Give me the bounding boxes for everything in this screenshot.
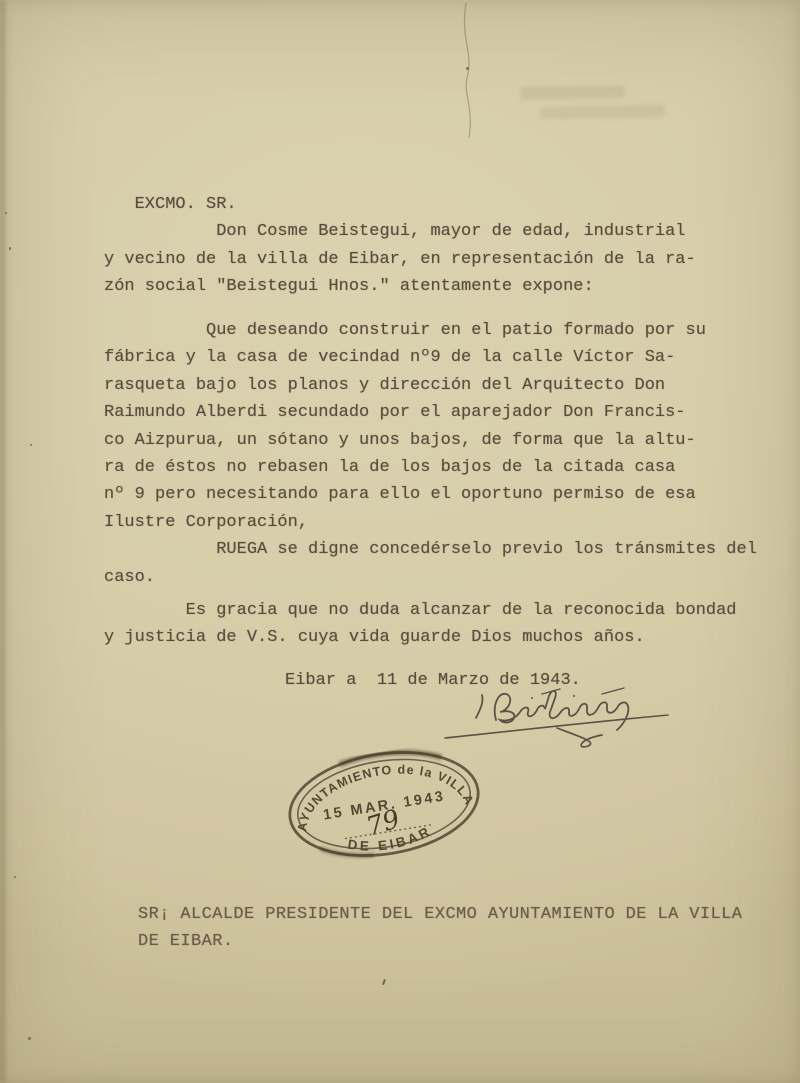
paper-speck xyxy=(30,444,32,446)
doc-line: caso. xyxy=(104,564,757,591)
scanned-letter-page: EXCMO. SR. Don Cosme Beistegui, mayor de… xyxy=(0,0,800,1083)
addressee-line: SR¡ ALCALDE PRESIDENTE DEL EXCMO AYUNTAM… xyxy=(138,901,742,928)
paper-speck xyxy=(466,67,469,70)
doc-line: co Aizpurua, un sótano y unos bajos, de … xyxy=(104,427,757,454)
doc-line: Ilustre Corporación, xyxy=(104,509,757,536)
paper-speck xyxy=(5,212,7,214)
paper-speck xyxy=(28,1037,31,1040)
salutation-line: EXCMO. SR. xyxy=(104,191,696,218)
doc-line: Es gracia que no duda alcanzar de la rec… xyxy=(104,597,737,624)
addressee-block: SR¡ ALCALDE PRESIDENTE DEL EXCMO AYUNTAM… xyxy=(138,901,742,956)
stray-ink-mark xyxy=(382,979,386,985)
doc-line: rasqueta bajo los planos y dirección del… xyxy=(104,372,757,399)
doc-line: y vecino de la villa de Eibar, en repres… xyxy=(104,246,696,273)
paper-crease-line xyxy=(440,0,500,145)
doc-line: ra de éstos no rebasen la de los bajos d… xyxy=(104,454,757,481)
addressee-line: DE EIBAR. xyxy=(138,928,742,955)
doc-line: Don Cosme Beistegui, mayor de edad, indu… xyxy=(104,218,696,245)
body-paragraph: Que deseando construir en el patio forma… xyxy=(104,317,757,591)
paper-speck xyxy=(9,247,11,250)
petition-line: RUEGA se digne concedérselo previo los t… xyxy=(104,536,757,563)
municipal-stamp: AYUNTAMIENTO de la VILLA 15 MAR. 1943 79… xyxy=(279,737,489,870)
paper-speck xyxy=(14,876,16,878)
ink-bleedthrough xyxy=(540,105,665,119)
ink-bleedthrough xyxy=(520,85,625,100)
scan-edge-shadow xyxy=(0,0,5,1083)
doc-line: y justicia de V.S. cuya vida guarde Dios… xyxy=(104,624,737,651)
doc-line: Que deseando construir en el patio forma… xyxy=(104,317,757,344)
doc-line: zón social "Beistegui Hnos." atentamente… xyxy=(104,273,696,300)
closing-paragraph: Es gracia que no duda alcanzar de la rec… xyxy=(104,597,737,652)
doc-line: Raimundo Alberdi secundado por el aparej… xyxy=(104,399,757,426)
opening-paragraph: EXCMO. SR. Don Cosme Beistegui, mayor de… xyxy=(104,191,696,301)
doc-line: fábrica y la casa de vecindad nº9 de la … xyxy=(104,344,757,371)
doc-line: nº 9 pero necesitando para ello el oport… xyxy=(104,481,757,508)
